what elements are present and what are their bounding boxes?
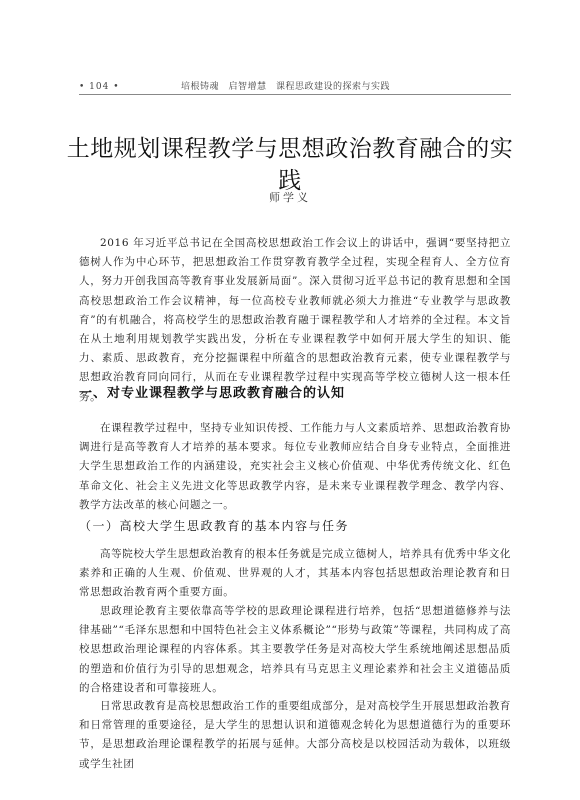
body-paragraph: 日常思政教育是高校思想政治工作的重要组成部分，是对高校学生开展思想政治教育和日常… (79, 697, 511, 774)
body-paragraph: 高等院校大学生思想政治教育的根本任务就是完成立德树人，培养具有优秀中华文化素养和… (79, 545, 511, 603)
page-number: • 104 • (79, 80, 120, 94)
document-page: • 104 • 培根铸魂 启智增慧 课程思政建设的探索与实践 土地规划课程教学与… (0, 0, 580, 800)
running-head: • 104 • 培根铸魂 启智增慧 课程思政建设的探索与实践 (79, 80, 511, 94)
body-paragraph: 思政理论教育主要依靠高等学校的思政理论课程进行培养，包括“思想道德修养与法律基础… (79, 602, 511, 698)
section-heading: 一、对专业课程教学与思政教育融合的认知 (79, 385, 511, 403)
body-paragraph: 在课程教学过程中，坚持专业知识传授、工作能力与人文素质培养、思想政治教育协调进行… (79, 419, 511, 515)
article-title: 土地规划课程教学与思想政治教育融合的实践 (60, 133, 520, 197)
abstract-paragraph: 2016 年习近平总书记在全国高校思想政治工作会议上的讲话中，强调“要坚持把立德… (79, 234, 511, 407)
header-divider (79, 94, 511, 95)
running-head-title: 培根铸魂 启智增慧 课程思政建设的探索与实践 (181, 80, 390, 94)
author-name: 师学义 (60, 191, 520, 205)
subsection-heading: （一）高校大学生思政教育的基本内容与任务 (79, 517, 511, 535)
